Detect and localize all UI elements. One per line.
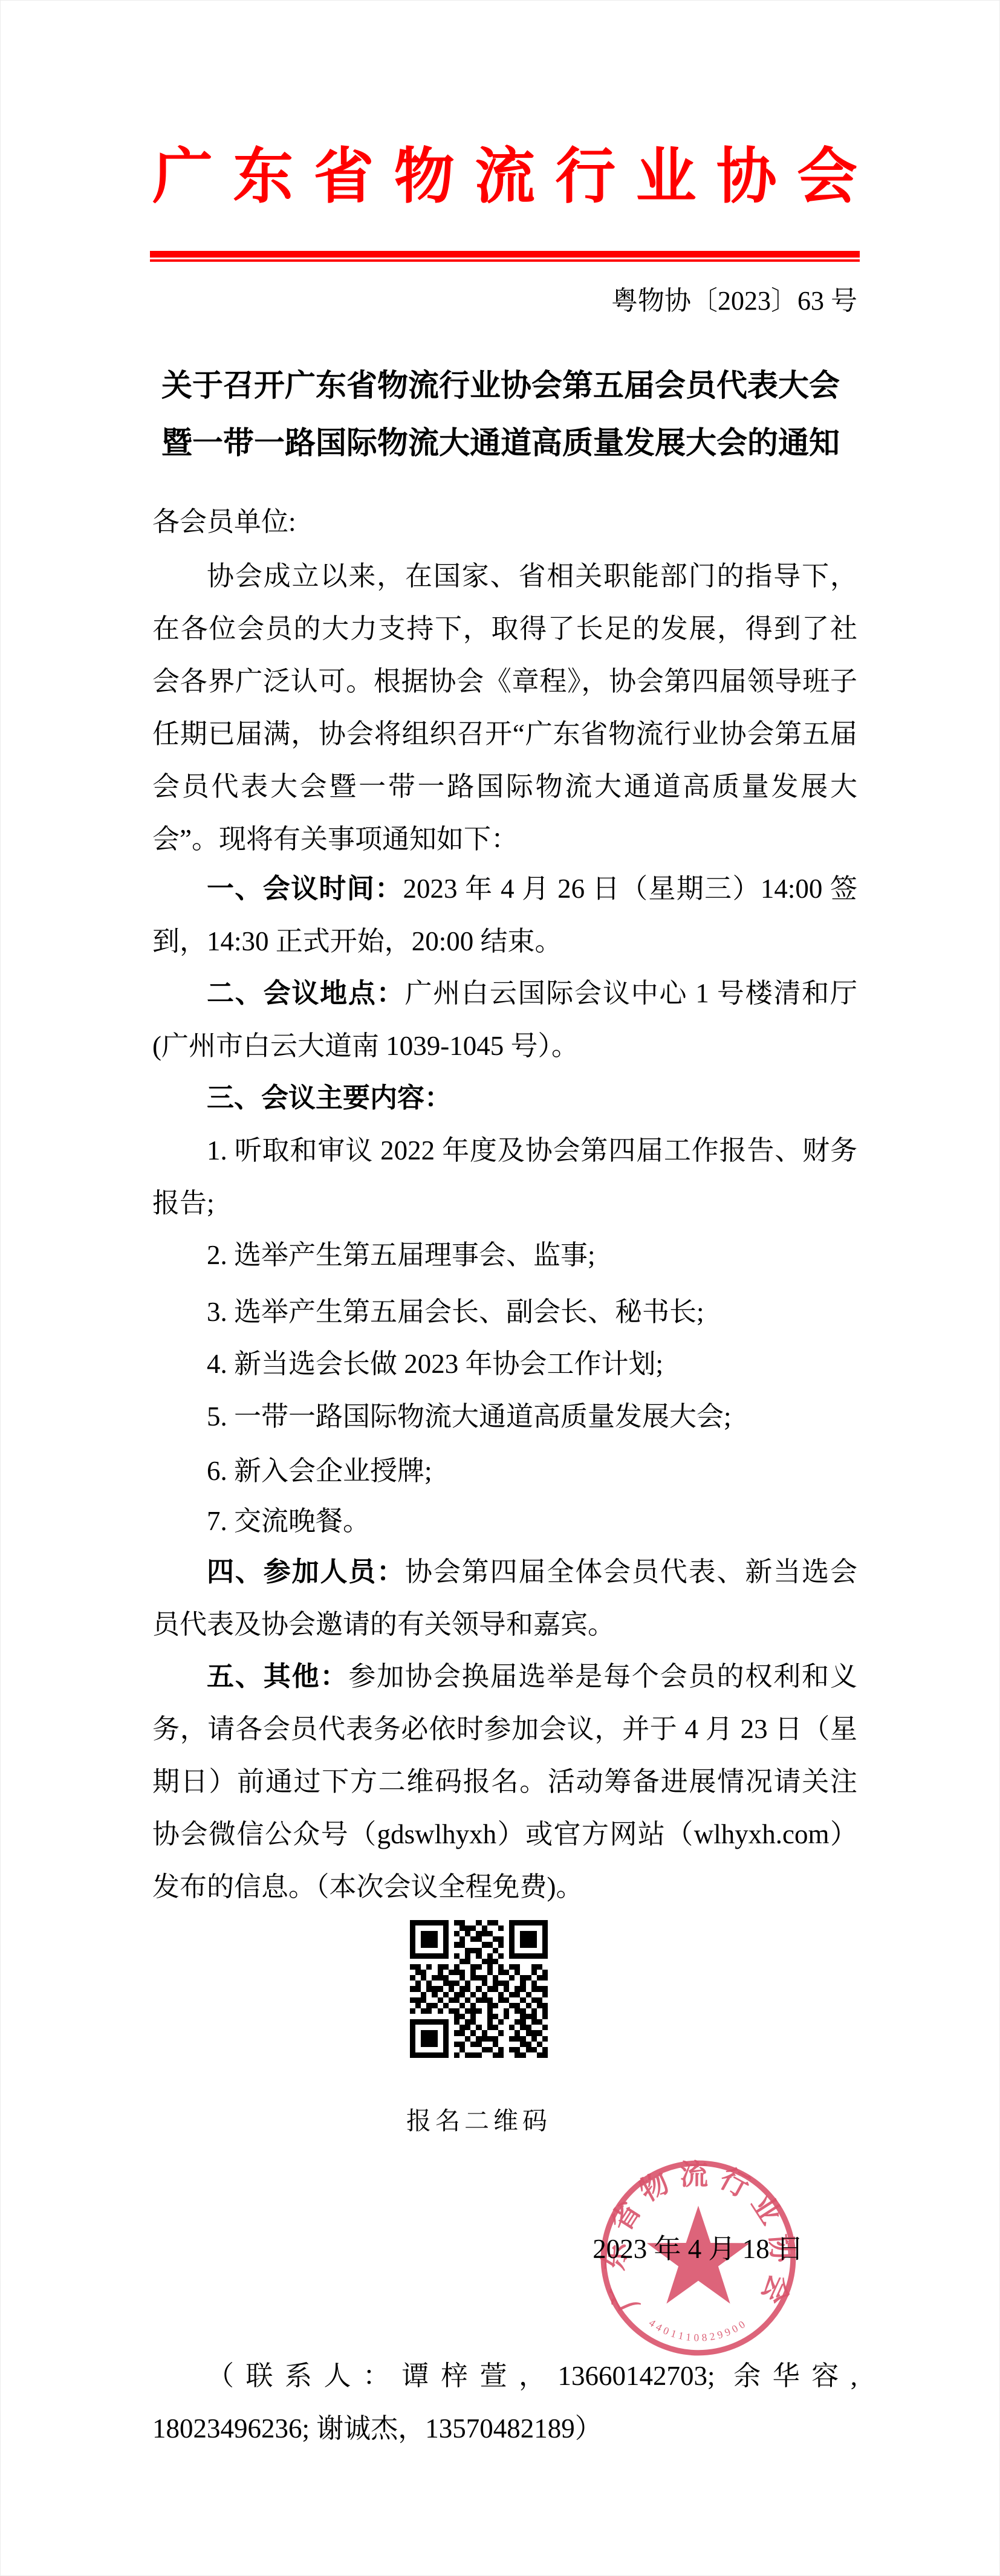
section-meeting-place: 二、会议地点：广州白云国际会议中心 1 号楼清和厅(广州市白云大道南 1039-… [152, 967, 857, 1072]
section-label: 二、会议地点： [207, 978, 404, 1008]
section-meeting-time: 一、会议时间：2023 年 4 月 26 日（星期三）14:00 签到，14:3… [152, 863, 857, 968]
letterhead-title: 广东省物流行业协会 [152, 144, 857, 210]
salutation: 各会员单位: [152, 496, 857, 548]
agenda-item-4: 4. 新当选会长做 2023 年协会工作计划; [152, 1338, 857, 1390]
registration-qr-code [410, 1920, 548, 2058]
document-number: 粤物协〔2023〕63 号 [152, 284, 857, 319]
official-notice-document: 广东省物流行业协会 粤物协〔2023〕63 号 关于召开广东省物流行业协会第五届… [0, 0, 1000, 2576]
intro-paragraph: 协会成立以来，在国家、省相关职能部门的指导下，在各位会员的大力支持下，取得了长足… [152, 550, 857, 866]
section-other: 五、其他：参加协会换届选举是每个会员的权利和义务，请各会员代表务必依时参加会议，… [152, 1650, 857, 1913]
section-label: 三、会议主要内容： [207, 1083, 452, 1113]
issue-date: 2023 年 4 月 18 日 [152, 2223, 804, 2276]
section-label: 五、其他： [207, 1661, 348, 1692]
seal-registration-number: 4401110829900 [647, 2317, 750, 2343]
notice-title: 关于召开广东省物流行业协会第五届会员代表大会 暨一带一路国际物流大通道高质量发展… [122, 358, 880, 473]
agenda-item-5: 5. 一带一路国际物流大通道高质量发展大会; [152, 1390, 857, 1443]
agenda-item-2: 2. 选举产生第五届理事会、监事; [152, 1229, 857, 1282]
agenda-item-1: 1. 听取和审议 2022 年度及协会第四届工作报告、财务报告; [152, 1124, 857, 1230]
section-text: 参加协会换届选举是每个会员的权利和义务，请各会员代表务必依时参加会议，并于 4 … [152, 1661, 857, 1902]
section-label: 一、会议时间： [207, 874, 403, 904]
letterhead-divider [150, 251, 860, 262]
svg-text:4401110829900: 4401110829900 [647, 2317, 750, 2343]
section-participants: 四、参加人员：协会第四届全体会员代表、新当选会员代表及协会邀请的有关领导和嘉宾。 [152, 1546, 857, 1651]
divider-thin-line [150, 259, 860, 262]
section-agenda-heading: 三、会议主要内容： [152, 1072, 857, 1124]
agenda-item-7: 7. 交流晚餐。 [152, 1495, 857, 1548]
contact-info: （联系人：谭梓萱，13660142703; 余华容, 18023496236; … [152, 2350, 857, 2455]
qr-code-caption: 报名二维码 [373, 2102, 585, 2140]
notice-title-line2: 暨一带一路国际物流大通道高质量发展大会的通知 [122, 415, 880, 473]
section-label: 四、参加人员： [207, 1557, 405, 1587]
agenda-item-3: 3. 选举产生第五届会长、副会长、秘书长; [152, 1286, 857, 1338]
divider-thick-line [150, 251, 860, 258]
agenda-item-6: 6. 新入会企业授牌; [152, 1445, 857, 1497]
notice-title-line1: 关于召开广东省物流行业协会第五届会员代表大会 [122, 358, 880, 415]
